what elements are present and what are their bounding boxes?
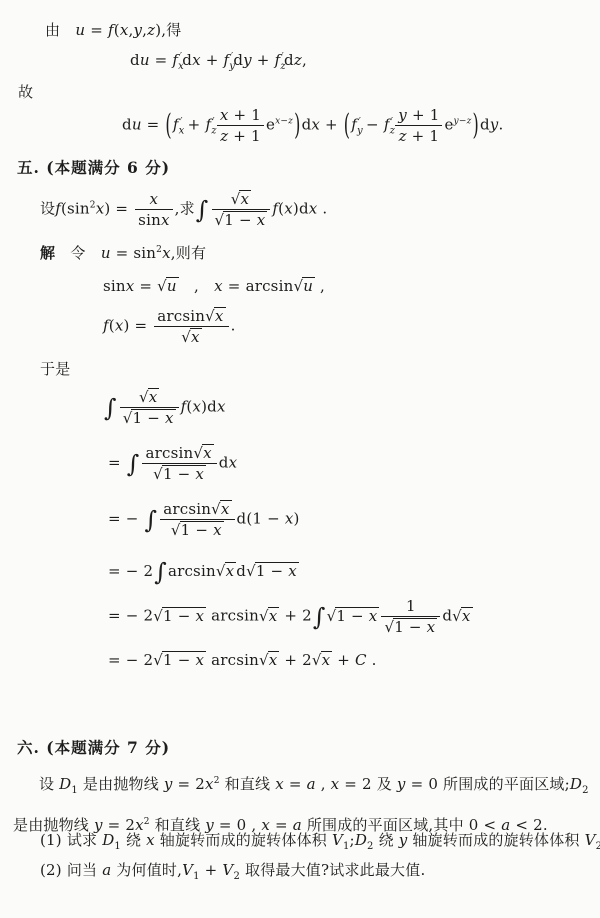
line-p6-question-2: (2) 问当 a 为何值时,V1 + V2 取得最大值?试求此最大值. [40, 860, 425, 884]
line-p5-statement: 设f(sin2x) = xsinx,求∫√x√1 − xf(x)dx . [40, 190, 327, 229]
integral-sign: ∫ [104, 392, 117, 424]
line-integral-result: = − 2√1 − x arcsin√x + 2√x + C . [108, 650, 377, 670]
line-integral-step-0: ∫√x√1 − xf(x)dx [103, 388, 226, 427]
integral-sign: ∫ [154, 556, 167, 588]
line-premise: 由 u = f(x,y,z),得 [45, 20, 181, 40]
line-p5-substitution: sinx = √u , x = arcsin√u , [103, 276, 325, 296]
line-integral-step-4: = − 2√1 − x arcsin√x + 2∫√1 − x1√1 − xd√… [108, 597, 473, 636]
integral-sign: ∫ [196, 194, 209, 226]
line-p5-solution-setup: 解 令 u = sin2x,则有 [40, 243, 206, 263]
line-p5-fx: f(x) = arcsin√x√x. [103, 307, 236, 346]
line-yushi: 于是 [40, 359, 70, 379]
integral-sign: ∫ [144, 504, 157, 536]
line-gu: 故 [18, 82, 33, 102]
line-integral-step-3: = − 2∫arcsin√xd√1 − x [108, 556, 299, 588]
line-integral-step-1: = ∫arcsin√x√1 − xdx [108, 444, 237, 483]
integral-sign: ∫ [127, 448, 140, 480]
document-page: 由 u = f(x,y,z),得du = fx′dx + fy′dy + fz′… [0, 0, 600, 918]
heading-problem-5: 五. (本题满分 6 分) [17, 158, 170, 179]
heading-problem-6: 六. (本题满分 7 分) [17, 738, 170, 759]
line-p6-question-1: (1) 试求 D1 绕 x 轴旋转而成的旋转体体积 V1;D2 绕 y 轴旋转而… [40, 830, 600, 854]
integral-sign: ∫ [313, 601, 326, 633]
line-integral-step-2: = − ∫arcsin√x√1 − xd(1 − x) [108, 500, 300, 539]
line-du-total-differential: du = fx′dx + fy′dy + fz′dz, [130, 50, 307, 74]
line-du-expanded: du = (fx′ + fz′x + 1z + 1ex−z)dx + (fy′ … [122, 106, 503, 145]
